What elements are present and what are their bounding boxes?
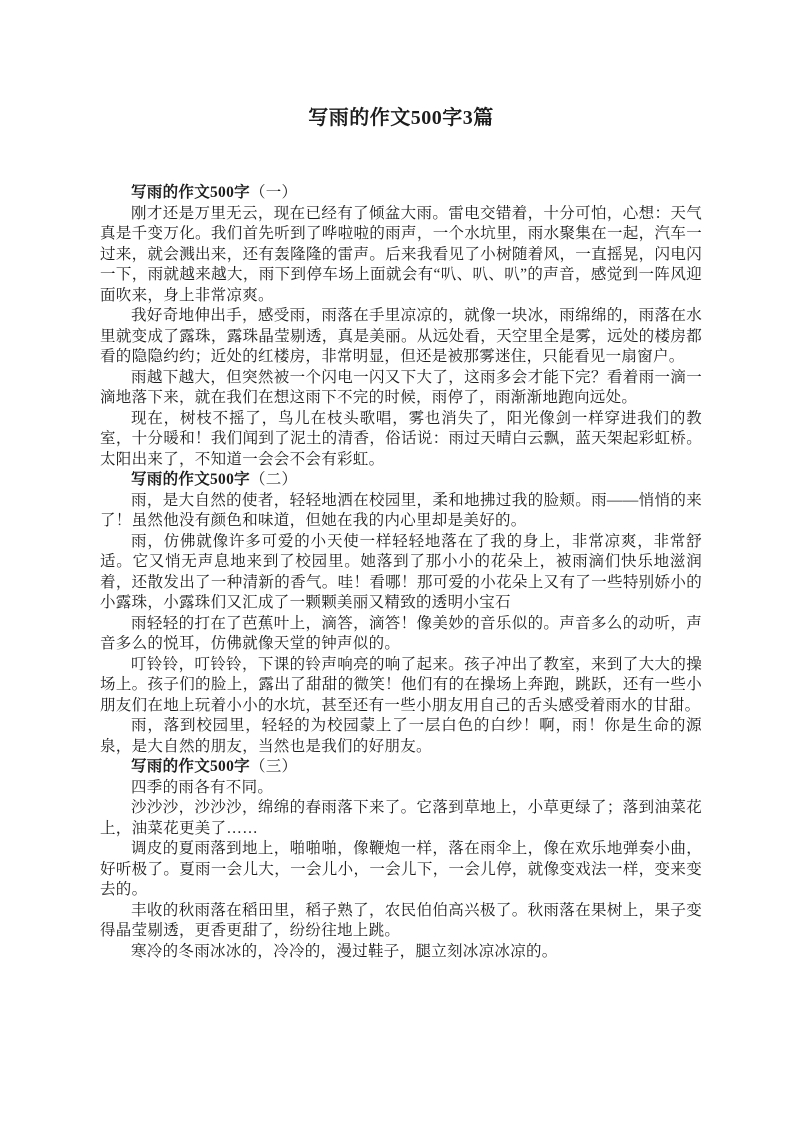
paragraph: 雨越下越大，但突然被一个闪电一闪又下大了，这雨多会才能下完？看着雨一滴一滴地落下… (100, 368, 702, 409)
paragraph: 调皮的夏雨落到地上，啪啪啪，像鞭炮一样，落在雨伞上，像在欢乐地弹奏小曲，好听极了… (100, 839, 702, 901)
paragraph: 雨，落到校园里，轻轻的为校园蒙上了一层白色的白纱！啊，雨！你是生命的源泉，是大自… (100, 716, 702, 757)
section-heading-number: （一） (250, 184, 297, 201)
essay-section-2: 写雨的作文500字（二） 雨，是大自然的使者，轻轻地洒在校园里，柔和地拂过我的脸… (100, 470, 702, 757)
paragraph: 雨，仿佛就像许多可爱的小天使一样轻轻地落在了我的身上，非常凉爽，非常舒适。它又悄… (100, 532, 702, 614)
paragraph: 叮铃铃，叮铃铃，下课的铃声响亮的响了起来。孩子冲出了教室，来到了大大的操场上。孩… (100, 655, 702, 717)
paragraph: 丰收的秋雨落在稻田里，稻子熟了，农民伯伯高兴极了。秋雨落在果树上，果子变得晶莹剔… (100, 901, 702, 942)
document-page: 写雨的作文500字3篇 写雨的作文500字（一） 刚才还是万里无云，现在已经有了… (0, 0, 800, 1132)
section-heading-text: 写雨的作文500字 (131, 471, 250, 488)
document-title: 写雨的作文500字3篇 (100, 104, 702, 132)
paragraph: 雨轻轻的打在了芭蕉叶上，滴答，滴答！像美妙的音乐似的。声音多么的动听，声音多么的… (100, 614, 702, 655)
paragraph: 雨，是大自然的使者，轻轻地洒在校园里，柔和地拂过我的脸颊。雨——悄悄的来了！虽然… (100, 491, 702, 532)
section-heading-number: （三） (250, 758, 297, 775)
paragraph: 四季的雨各有不同。 (100, 778, 702, 799)
paragraph: 刚才还是万里无云，现在已经有了倾盆大雨。雷电交错着，十分可怕，心想：天气真是千变… (100, 204, 702, 307)
section-heading-text: 写雨的作文500字 (131, 184, 250, 201)
section-heading-number: （二） (250, 471, 297, 488)
essay-section-1: 写雨的作文500字（一） 刚才还是万里无云，现在已经有了倾盆大雨。雷电交错着，十… (100, 183, 702, 470)
section-heading: 写雨的作文500字（三） (100, 757, 702, 778)
paragraph: 现在，树枝不摇了，鸟儿在枝头歌唱，雾也消失了，阳光像剑一样穿进我们的教室，十分暖… (100, 409, 702, 471)
section-heading-text: 写雨的作文500字 (131, 758, 250, 775)
essay-section-3: 写雨的作文500字（三） 四季的雨各有不同。 沙沙沙，沙沙沙，绵绵的春雨落下来了… (100, 757, 702, 962)
section-heading: 写雨的作文500字（一） (100, 183, 702, 204)
paragraph: 寒冷的冬雨冰冰的，冷冷的，漫过鞋子，腿立刻冰凉冰凉的。 (100, 942, 702, 963)
paragraph: 沙沙沙，沙沙沙，绵绵的春雨落下来了。它落到草地上，小草更绿了；落到油菜花上，油菜… (100, 798, 702, 839)
section-heading: 写雨的作文500字（二） (100, 470, 702, 491)
paragraph: 我好奇地伸出手，感受雨，雨落在手里凉凉的，就像一块冰，雨绵绵的，雨落在水里就变成… (100, 306, 702, 368)
